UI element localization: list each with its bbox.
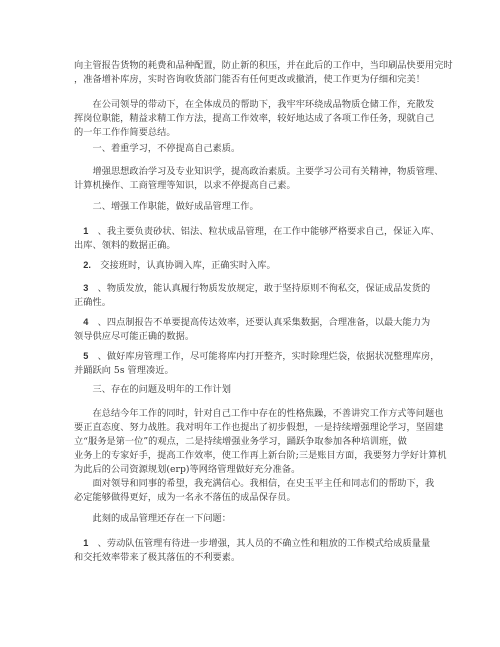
- paragraph: 4 、四点制报告不单要提高传达效率，还要认真采集数据，合理准备，以最大能力为领导…: [74, 315, 419, 344]
- text-line: 二、增强工作职能，做好成品管理工作。: [74, 200, 419, 214]
- text-line: 1 、劳动队伍管理有待进一步增强，其人员的不确立性和粗放的工作模式给成质量量: [74, 536, 419, 551]
- text-line: 在公司领导的带动下，在全体成员的帮助下，我牢牢环绕成品物质仓储工作，充散发: [74, 98, 419, 112]
- text-line: 1 、我主要负责砂状、铝法、粒状成品管理，在工作中能够严格要求自己，保证入库、: [74, 224, 419, 239]
- text-line: 3 、物质发放，能认真履行物质发放规定，敢于坚持原则不徇私交，保证成品发货的: [74, 281, 419, 296]
- paragraph: 3 、物质发放，能认真履行物质发放规定，敢于坚持原则不徇私交，保证成品发货的正确…: [74, 281, 419, 310]
- text-line: 为此后的公司资源规划(erp)等网络管理做好充分准备。: [74, 463, 419, 477]
- text-line: 一、着重学习，不停提高自己素质。: [74, 142, 419, 156]
- text-line: 此刻的成品管理还存在一下问题：: [74, 512, 419, 526]
- line-text: 交接班时，认真协调入库，正确实时入库。: [91, 260, 276, 271]
- text-line: 5 、做好库房管理工作，尽可能将库内打开整齐，实时除理烂袋，依据状况整理库房，: [74, 349, 419, 364]
- text-line: 2. 交接班时，认真协调入库，正确实时入库。: [74, 258, 419, 273]
- paragraph: 5 、做好库房管理工作，尽可能将库内打开整齐，实时除理烂袋，依据状况整理库房，并…: [74, 349, 419, 378]
- paragraph: 1 、劳动队伍管理有待进一步增强，其人员的不确立性和粗放的工作模式给成质量量和交…: [74, 536, 419, 565]
- text-line: 计算机操作、工商管理等知识，以求不停提高自己素。: [74, 179, 419, 193]
- text-line: 的一年工作作简要总结。: [74, 126, 419, 140]
- paragraph: 2. 交接班时，认真协调入库，正确实时入库。: [74, 258, 419, 273]
- text-line: 并踊跃向 5s 管理凑近。: [74, 364, 419, 378]
- line-text: 、物质发放，能认真履行物质发放规定，敢于坚持原则不徇私交，保证成品发货的: [88, 283, 430, 294]
- text-line: 和交托效率带来了极其落伍的不利要素。: [74, 551, 419, 565]
- paragraph: 1 、我主要负责砂状、铝法、粒状成品管理，在工作中能够严格要求自己，保证入库、出…: [74, 224, 419, 253]
- text-line: 4 、四点制报告不单要提高传达效率，还要认真采集数据，合理准备，以最大能力为: [74, 315, 419, 330]
- paragraph: 在公司领导的带动下，在全体成员的帮助下，我牢牢环绕成品物质仓储工作，充散发挥岗位…: [74, 98, 419, 140]
- text-line: 立“服务是第一位”的观点，二是持续增强业务学习，踊跃争取参加各种培训班，做: [74, 435, 419, 449]
- text-line: 正确性。: [74, 296, 419, 310]
- text-line: ，准备增补库房，实时咨询收货部门能否有任何更改或撤消，使工作更为仔细和完美！: [74, 73, 419, 87]
- line-text: 、四点制报告不单要提高传达效率，还要认真采集数据，合理准备，以最大能力为: [88, 317, 430, 328]
- text-line: 出库、领料的数据正确。: [74, 239, 419, 253]
- text-line: 业务上的专家好手，提高工作效率，使工作再上新台阶;三是账目方面，我要努力学好计算…: [74, 449, 419, 463]
- document-page: 向主管报告货物的耗费和品种配置，防止新的积压，并在此后的工作中，当印刷品快要用完…: [0, 0, 500, 647]
- text-line: 增强思想政治学习及专业知识学，提高政治素质。主要学习公司有关精神，物质管理、: [74, 165, 419, 179]
- text-line: 在总结今年工作的同时，针对自己工作中存在的性格焦躁，不善讲究工作方式等问题也: [74, 407, 419, 421]
- line-text: 、做好库房管理工作，尽可能将库内打开整齐，实时除理烂袋，依据状况整理库房，: [88, 351, 439, 362]
- line-text: 、我主要负责砂状、铝法、粒状成品管理，在工作中能够严格要求自己，保证入库、: [88, 226, 439, 237]
- paragraph: 一、着重学习，不停提高自己素质。: [74, 142, 419, 156]
- text-line: 要正直态度、努力战胜。我对明年工作也提出了初步假想，一是持续增强理论学习，坚固建: [74, 421, 419, 435]
- text-line: 面对领导和同事的希望，我充满信心。我相信，在史玉平主任和同志们的帮助下，我: [74, 477, 419, 491]
- list-number: 2.: [83, 260, 91, 270]
- paragraph: 二、增强工作职能，做好成品管理工作。: [74, 200, 419, 214]
- text-line: 三、存在的问题及明年的工作计划: [74, 383, 419, 397]
- paragraph: 在总结今年工作的同时，针对自己工作中存在的性格焦躁，不善讲究工作方式等问题也要正…: [74, 407, 419, 477]
- text-line: 挥岗位职能，精益求精工作方法，提高工作效率，较好地达成了各项工作任务，现就自己: [74, 112, 419, 126]
- line-text: 、劳动队伍管理有待进一步增强，其人员的不确立性和粗放的工作模式给成质量量: [88, 538, 430, 549]
- text-line: 领导供应尽可能正确的数据。: [74, 330, 419, 344]
- text-line: 必定能够做得更好，成为一名永不落伍的成品保存员。: [74, 491, 419, 505]
- paragraph: 此刻的成品管理还存在一下问题：: [74, 512, 419, 526]
- paragraph: 增强思想政治学习及专业知识学，提高政治素质。主要学习公司有关精神，物质管理、计算…: [74, 165, 419, 193]
- paragraph: 三、存在的问题及明年的工作计划: [74, 383, 419, 397]
- text-line: 向主管报告货物的耗费和品种配置，防止新的积压，并在此后的工作中，当印刷品快要用完…: [74, 59, 419, 73]
- paragraph: 向主管报告货物的耗费和品种配置，防止新的积压，并在此后的工作中，当印刷品快要用完…: [74, 59, 419, 87]
- paragraph: 面对领导和同事的希望，我充满信心。我相信，在史玉平主任和同志们的帮助下，我必定能…: [74, 477, 419, 505]
